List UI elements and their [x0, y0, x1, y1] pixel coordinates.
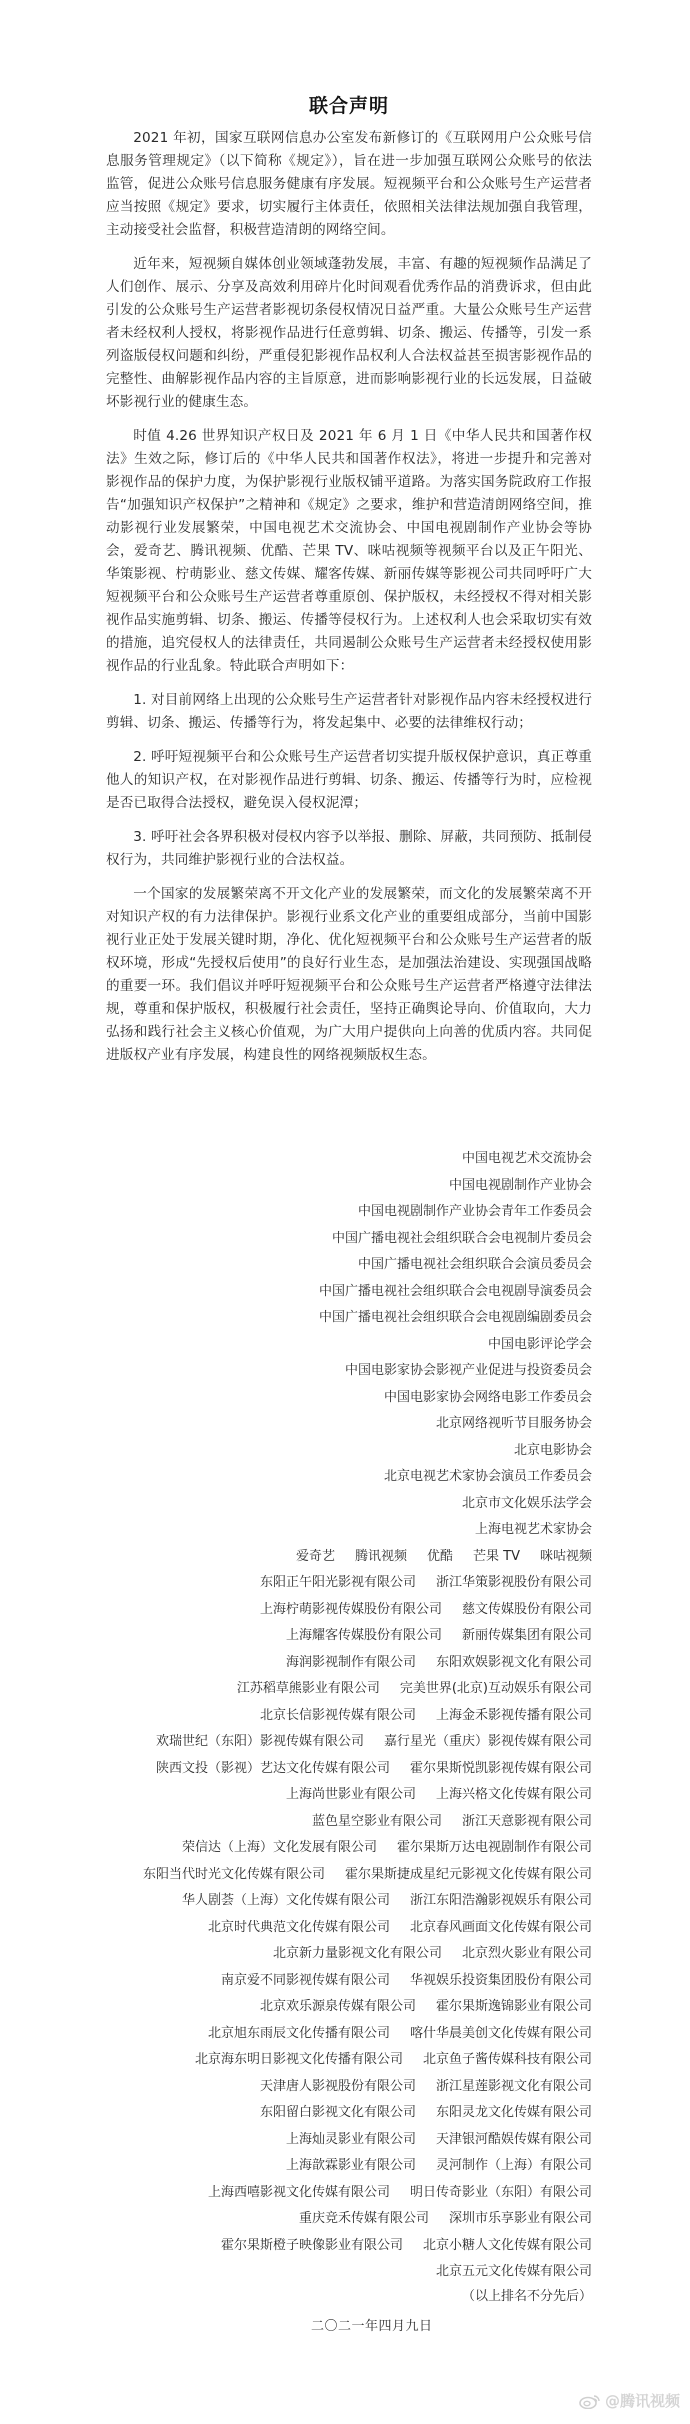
signatory-name: 中国电视剧制作产业协会	[449, 1178, 592, 1193]
signatory-row: 中国广播电视社会组织联合会电视剧导演委员会	[32, 1279, 592, 1306]
signatory-name: 天津银河酷娱传媒有限公司	[436, 2132, 592, 2147]
signatory-name: 喀什华晨美创文化传媒有限公司	[410, 2026, 592, 2041]
signatory-name: 芒果 TV	[473, 1549, 520, 1564]
paragraph-item-2: 2. 呼吁短视频平台和公众账号生产运营者切实提升版权保护意识，真正尊重他人的知识…	[106, 746, 592, 815]
signatory-row: 北京市文化娱乐法学会	[32, 1491, 592, 1518]
watermark-text: @腾讯视频	[605, 2390, 680, 2411]
signatory-row: 北京电视艺术家协会演员工作委员会	[32, 1464, 592, 1491]
signatory-name: 南京爱不同影视传媒有限公司	[221, 1973, 390, 1988]
signatory-row: 霍尔果斯橙子映像影业有限公司北京小糖人文化传媒有限公司	[32, 2233, 592, 2260]
watermark: @腾讯视频	[579, 2390, 680, 2411]
signatory-row: 东阳正午阳光影视有限公司浙江华策影视股份有限公司	[32, 1570, 592, 1597]
signatory-name: 霍尔果斯捷成星纪元影视文化传媒有限公司	[345, 1867, 592, 1882]
signatory-name: 咪咕视频	[540, 1549, 592, 1564]
signatory-row: 北京电影协会	[32, 1438, 592, 1465]
signatory-row: 荣信达（上海）文化发展有限公司霍尔果斯万达电视剧制作有限公司	[32, 1835, 592, 1862]
signatory-name: 中国电视剧制作产业协会青年工作委员会	[358, 1204, 592, 1219]
signatory-row: 天津唐人影视股份有限公司浙江星莲影视文化有限公司	[32, 2074, 592, 2101]
signatory-list: 中国电视艺术交流协会中国电视剧制作产业协会中国电视剧制作产业协会青年工作委员会中…	[32, 1146, 592, 2286]
signatory-row: 中国电影评论学会	[32, 1332, 592, 1359]
signatory-name: 蓝色星空影业有限公司	[312, 1814, 442, 1829]
signatory-row: 华人剧荟（上海）文化传媒有限公司浙江东阳浩瀚影视娱乐有限公司	[32, 1888, 592, 1915]
document-body: 2021 年初，国家互联网信息办公室发布新修订的《互联网用户公众账号信息服务管理…	[106, 127, 592, 1078]
signatory-row: 爱奇艺腾讯视频优酷芒果 TV咪咕视频	[32, 1544, 592, 1571]
signatory-row: 南京爱不同影视传媒有限公司华视娱乐投资集团股份有限公司	[32, 1968, 592, 1995]
signatory-name: 北京五元文化传媒有限公司	[436, 2264, 592, 2279]
signatory-name: 上海金禾影视传播有限公司	[436, 1708, 592, 1723]
signatory-name: 欢瑞世纪（东阳）影视传媒有限公司	[156, 1734, 364, 1749]
weibo-icon	[579, 2393, 601, 2409]
signatory-name: 霍尔果斯橙子映像影业有限公司	[221, 2238, 403, 2253]
signatory-name: 上海灿灵影业有限公司	[286, 2132, 416, 2147]
signatory-row: 中国广播电视社会组织联合会电视剧编剧委员会	[32, 1305, 592, 1332]
signatory-row: 上海电视艺术家协会	[32, 1517, 592, 1544]
signatory-name: 北京时代典范文化传媒有限公司	[208, 1920, 390, 1935]
signatory-name: 浙江天意影视有限公司	[462, 1814, 592, 1829]
signatory-name: 重庆竞禾传媒有限公司	[299, 2211, 429, 2226]
signatory-row: 东阳当代时光文化传媒有限公司霍尔果斯捷成星纪元影视文化传媒有限公司	[32, 1862, 592, 1889]
signatory-row: 上海西嘻影视文化传媒有限公司明日传奇影业（东阳）有限公司	[32, 2180, 592, 2207]
signatory-row: 上海灿灵影业有限公司天津银河酷娱传媒有限公司	[32, 2127, 592, 2154]
signatory-name: 中国电影评论学会	[488, 1337, 592, 1352]
signatory-name: 北京鱼子酱传媒科技有限公司	[423, 2052, 592, 2067]
signatory-name: 霍尔果斯悦凯影视传媒有限公司	[410, 1761, 592, 1776]
signatory-name: 天津唐人影视股份有限公司	[260, 2079, 416, 2094]
signatory-name: 浙江东阳浩瀚影视娱乐有限公司	[410, 1893, 592, 1908]
signatory-name: 北京电影协会	[514, 1443, 592, 1458]
signatory-row: 蓝色星空影业有限公司浙江天意影视有限公司	[32, 1809, 592, 1836]
paragraph-conclusion: 一个国家的发展繁荣离不开文化产业的发展繁荣，而文化的发展繁荣离不开对知识产权的有…	[106, 883, 592, 1067]
signatory-row: 北京长信影视传媒有限公司上海金禾影视传播有限公司	[32, 1703, 592, 1730]
signatory-name: 北京电视艺术家协会演员工作委员会	[384, 1469, 592, 1484]
signatory-row: 上海歆霖影业有限公司灵河制作（上海）有限公司	[32, 2153, 592, 2180]
signatory-name: 上海电视艺术家协会	[475, 1522, 592, 1537]
signatory-row: 北京旭东雨辰文化传播有限公司喀什华晨美创文化传媒有限公司	[32, 2021, 592, 2048]
signatory-row: 上海尚世影业有限公司上海兴格文化传媒有限公司	[32, 1782, 592, 1809]
signatory-name: 中国广播电视社会组织联合会电视剧导演委员会	[319, 1284, 592, 1299]
signatory-row: 中国电视剧制作产业协会	[32, 1173, 592, 1200]
signatory-row: 北京新力量影视文化有限公司北京烈火影业有限公司	[32, 1941, 592, 1968]
signatory-row: 北京时代典范文化传媒有限公司北京春风画面文化传媒有限公司	[32, 1915, 592, 1942]
signatory-row: 北京网络视听节目服务协会	[32, 1411, 592, 1438]
signing-date: 二〇二一年四月九日	[311, 2315, 433, 2334]
signatory-row: 中国电影家协会网络电影工作委员会	[32, 1385, 592, 1412]
signatory-name: 北京春风画面文化传媒有限公司	[410, 1920, 592, 1935]
signatory-name: 中国广播电视社会组织联合会电视剧编剧委员会	[319, 1310, 592, 1325]
signatory-row: 北京海东明日影视文化传播有限公司北京鱼子酱传媒科技有限公司	[32, 2047, 592, 2074]
signatory-name: 霍尔果斯万达电视剧制作有限公司	[397, 1840, 592, 1855]
signatory-name: 北京长信影视传媒有限公司	[260, 1708, 416, 1723]
signatory-name: 腾讯视频	[355, 1549, 407, 1564]
signatory-name: 中国电视艺术交流协会	[462, 1151, 592, 1166]
signatory-name: 东阳当代时光文化传媒有限公司	[143, 1867, 325, 1882]
signatory-name: 东阳灵龙文化传媒有限公司	[436, 2105, 592, 2120]
paragraph-background: 近年来，短视频自媒体创业领域蓬勃发展，丰富、有趣的短视频作品满足了人们创作、展示…	[106, 253, 592, 414]
signatory-row: 中国电视艺术交流协会	[32, 1146, 592, 1173]
signatory-name: 上海柠萌影视传媒股份有限公司	[260, 1602, 442, 1617]
signatory-name: 优酷	[427, 1549, 453, 1564]
signatory-row: 上海柠萌影视传媒股份有限公司慈文传媒股份有限公司	[32, 1597, 592, 1624]
signatory-row: 江苏稻草熊影业有限公司完美世界(北京)互动娱乐有限公司	[32, 1676, 592, 1703]
signatory-name: 灵河制作（上海）有限公司	[436, 2158, 592, 2173]
signatory-name: 荣信达（上海）文化发展有限公司	[182, 1840, 377, 1855]
signatory-name: 中国广播电视社会组织联合会演员委员会	[358, 1257, 592, 1272]
signatory-name: 北京新力量影视文化有限公司	[273, 1946, 442, 1961]
signatory-name: 海润影视制作有限公司	[286, 1655, 416, 1670]
document-title: 联合声明	[106, 91, 592, 118]
paragraph-item-1: 1. 对目前网络上出现的公众账号生产运营者针对影视作品内容未经授权进行剪辑、切条…	[106, 689, 592, 735]
signatory-row: 欢瑞世纪（东阳）影视传媒有限公司嘉行星光（重庆）影视传媒有限公司	[32, 1729, 592, 1756]
signatory-name: 东阳正午阳光影视有限公司	[260, 1575, 416, 1590]
signatory-row: 上海耀客传媒股份有限公司新丽传媒集团有限公司	[32, 1623, 592, 1650]
paragraph-intro: 2021 年初，国家互联网信息办公室发布新修订的《互联网用户公众账号信息服务管理…	[106, 127, 592, 242]
signatory-name: 爱奇艺	[296, 1549, 335, 1564]
signatory-name: 华人剧荟（上海）文化传媒有限公司	[182, 1893, 390, 1908]
signatory-name: 嘉行星光（重庆）影视传媒有限公司	[384, 1734, 592, 1749]
paragraph-item-3: 3. 呼吁社会各界积极对侵权内容予以举报、删除、屏蔽，共同预防、抵制侵权行为，共…	[106, 826, 592, 872]
signatory-name: 上海耀客传媒股份有限公司	[286, 1628, 442, 1643]
signatory-row: 东阳留白影视文化有限公司东阳灵龙文化传媒有限公司	[32, 2100, 592, 2127]
signatory-row: 中国电视剧制作产业协会青年工作委员会	[32, 1199, 592, 1226]
signatory-row: 中国广播电视社会组织联合会演员委员会	[32, 1252, 592, 1279]
signatory-name: 江苏稻草熊影业有限公司	[237, 1681, 380, 1696]
signatory-name: 上海尚世影业有限公司	[286, 1787, 416, 1802]
signatory-name: 新丽传媒集团有限公司	[462, 1628, 592, 1643]
signatory-row: 陕西文投（影视）艺达文化传媒有限公司霍尔果斯悦凯影视传媒有限公司	[32, 1756, 592, 1783]
signatory-name: 北京旭东雨辰文化传播有限公司	[208, 2026, 390, 2041]
signatory-name: 浙江华策影视股份有限公司	[436, 1575, 592, 1590]
signatory-name: 深圳市乐享影业有限公司	[449, 2211, 592, 2226]
signatory-row: 中国电影家协会影视产业促进与投资委员会	[32, 1358, 592, 1385]
signatory-name: 北京海东明日影视文化传播有限公司	[195, 2052, 403, 2067]
signatory-name: 完美世界(北京)互动娱乐有限公司	[400, 1681, 592, 1696]
signatory-name: 北京网络视听节目服务协会	[436, 1416, 592, 1431]
signatory-name: 中国电影家协会网络电影工作委员会	[384, 1390, 592, 1405]
signatory-name: 明日传奇影业（东阳）有限公司	[410, 2185, 592, 2200]
signatory-name: 北京烈火影业有限公司	[462, 1946, 592, 1961]
signatory-name: 东阳留白影视文化有限公司	[260, 2105, 416, 2120]
signatory-name: 陕西文投（影视）艺达文化传媒有限公司	[156, 1761, 390, 1776]
signatory-name: 东阳欢娱影视文化有限公司	[436, 1655, 592, 1670]
signatory-name: 北京市文化娱乐法学会	[462, 1496, 592, 1511]
signatory-name: 华视娱乐投资集团股份有限公司	[410, 1973, 592, 1988]
ranking-note: （以上排名不分先后）	[462, 2285, 592, 2304]
signatory-name: 上海兴格文化传媒有限公司	[436, 1787, 592, 1802]
signatory-name: 北京欢乐源泉传媒有限公司	[260, 1999, 416, 2014]
signatory-name: 上海歆霖影业有限公司	[286, 2158, 416, 2173]
signatory-row: 北京欢乐源泉传媒有限公司霍尔果斯逸锦影业有限公司	[32, 1994, 592, 2021]
signatory-name: 上海西嘻影视文化传媒有限公司	[208, 2185, 390, 2200]
signatory-name: 北京小糖人文化传媒有限公司	[423, 2238, 592, 2253]
paragraph-occasion: 时值 4.26 世界知识产权日及 2021 年 6 月 1 日《中华人民共和国著…	[106, 425, 592, 678]
signatory-name: 霍尔果斯逸锦影业有限公司	[436, 1999, 592, 2014]
signatory-name: 慈文传媒股份有限公司	[462, 1602, 592, 1617]
signatory-row: 重庆竞禾传媒有限公司深圳市乐享影业有限公司	[32, 2206, 592, 2233]
signatory-name: 浙江星莲影视文化有限公司	[436, 2079, 592, 2094]
signatory-name: 中国电影家协会影视产业促进与投资委员会	[345, 1363, 592, 1378]
signatory-row: 中国广播电视社会组织联合会电视制片委员会	[32, 1226, 592, 1253]
signatory-row: 海润影视制作有限公司东阳欢娱影视文化有限公司	[32, 1650, 592, 1677]
signatory-row: 北京五元文化传媒有限公司	[32, 2259, 592, 2286]
signatory-name: 中国广播电视社会组织联合会电视制片委员会	[332, 1231, 592, 1246]
